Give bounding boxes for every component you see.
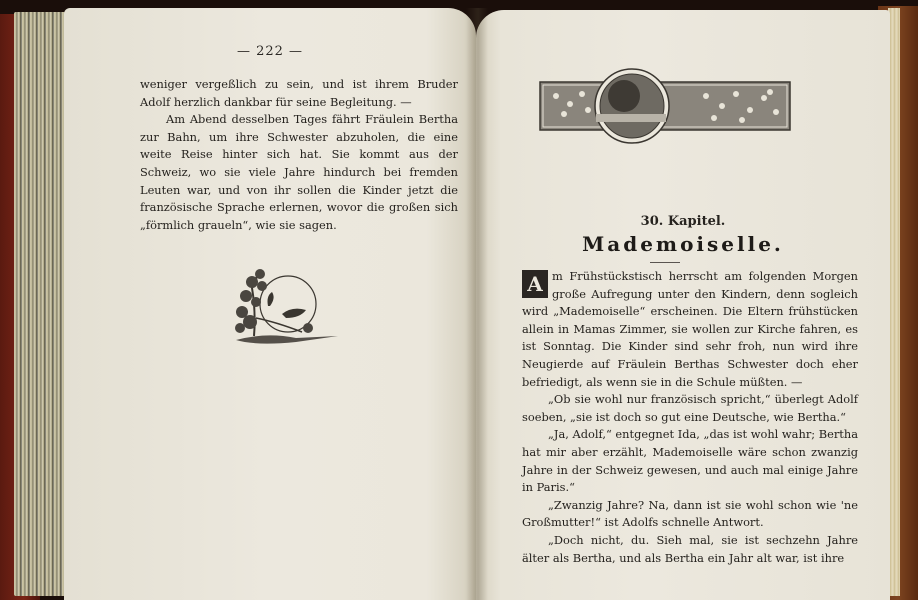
paragraph-text: m Frühstückstisch herrscht am folgenden … bbox=[522, 269, 858, 389]
right-page-text: Am Frühstückstisch herrscht am folgenden… bbox=[522, 268, 858, 567]
paragraph: weniger vergeßlich zu sein, und ist ihre… bbox=[140, 76, 458, 111]
landscape-medallion-headpiece-icon bbox=[536, 66, 794, 146]
paragraph: „Zwanzig Jahre? Na, dann ist sie wohl sc… bbox=[522, 497, 858, 532]
page-number: — 222 — bbox=[64, 44, 476, 59]
page-edges-left bbox=[14, 12, 66, 596]
left-page: — 222 — weniger vergeßlich zu sein, und … bbox=[64, 8, 476, 600]
paragraph: „Ja, Adolf,“ entgegnet Ida, „das ist woh… bbox=[522, 426, 858, 496]
chapter-title: Mademoiselle. bbox=[476, 232, 890, 256]
title-divider bbox=[650, 262, 680, 263]
drop-cap: A bbox=[522, 270, 548, 298]
paragraph: Am Abend desselben Tages fährt Fräulein … bbox=[140, 111, 458, 234]
paragraph: „Ob sie wohl nur französisch spricht,“ ü… bbox=[522, 391, 858, 426]
paragraph: Am Frühstückstisch herrscht am folgenden… bbox=[522, 268, 858, 391]
right-page: 30. Kapitel. Mademoiselle. Am Frühstücks… bbox=[476, 10, 890, 600]
chapter-number: 30. Kapitel. bbox=[476, 214, 890, 229]
paragraph: „Doch nicht, du. Sieh mal, sie ist sechz… bbox=[522, 532, 858, 567]
birds-on-branch-vignette-icon bbox=[226, 262, 346, 352]
left-page-text: weniger vergeßlich zu sein, und ist ihre… bbox=[140, 76, 458, 234]
